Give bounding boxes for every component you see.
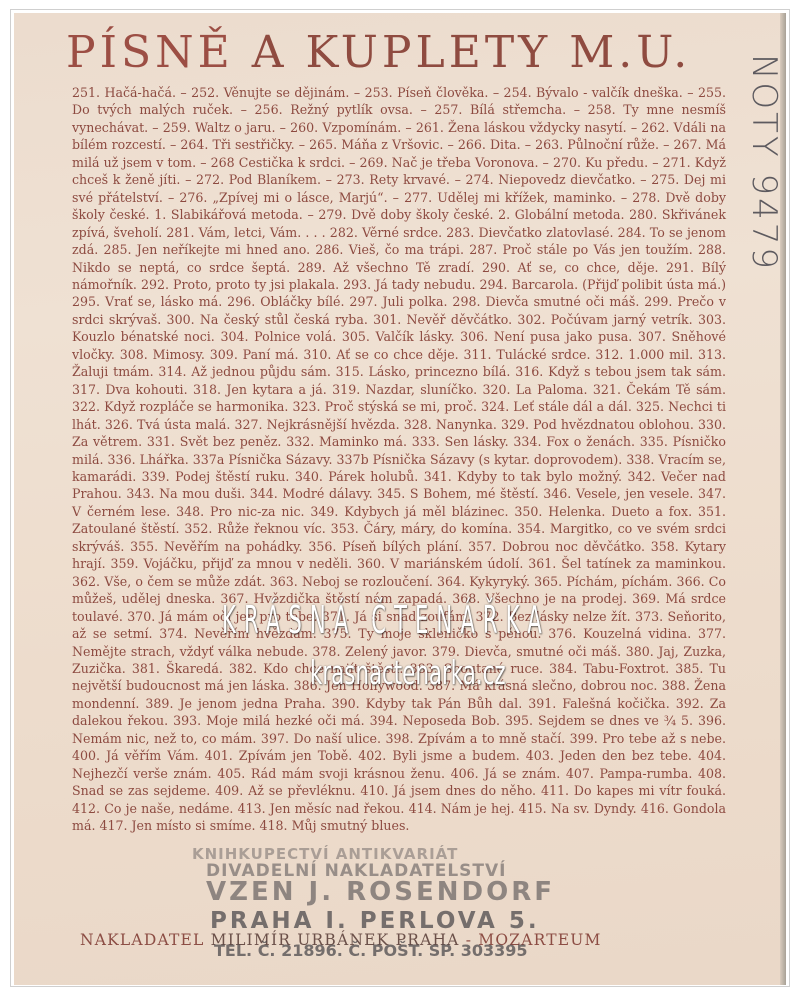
bookshop-stamp-line5: TEL. Č. 21896. Č. POŠT. SP. 303395: [214, 941, 528, 960]
song-list-paragraph: 251. Hačá-hačá. – 252. Věnujte se dějiná…: [72, 84, 726, 834]
watermark-brand-name: KRÁSNÁ ČTENÁŘKA: [222, 598, 550, 642]
document-page: PÍSNĚ A KUPLETY M.U. NOTY 9479 251. Hačá…: [14, 13, 786, 985]
bookshop-stamp-line3: VZEN J. ROSENDORF: [206, 877, 555, 907]
title-word-first: PÍSNĚ: [66, 27, 234, 78]
watermark-url: krasnactenarka.cz: [310, 653, 506, 692]
handwritten-catalog-note: NOTY 9479: [734, 53, 786, 283]
page-title: PÍSNĚ A KUPLETY M.U.: [66, 27, 691, 79]
title-rest: A KUPLETY M.U.: [234, 27, 692, 78]
publisher-label: NAKLADATEL: [80, 931, 211, 949]
